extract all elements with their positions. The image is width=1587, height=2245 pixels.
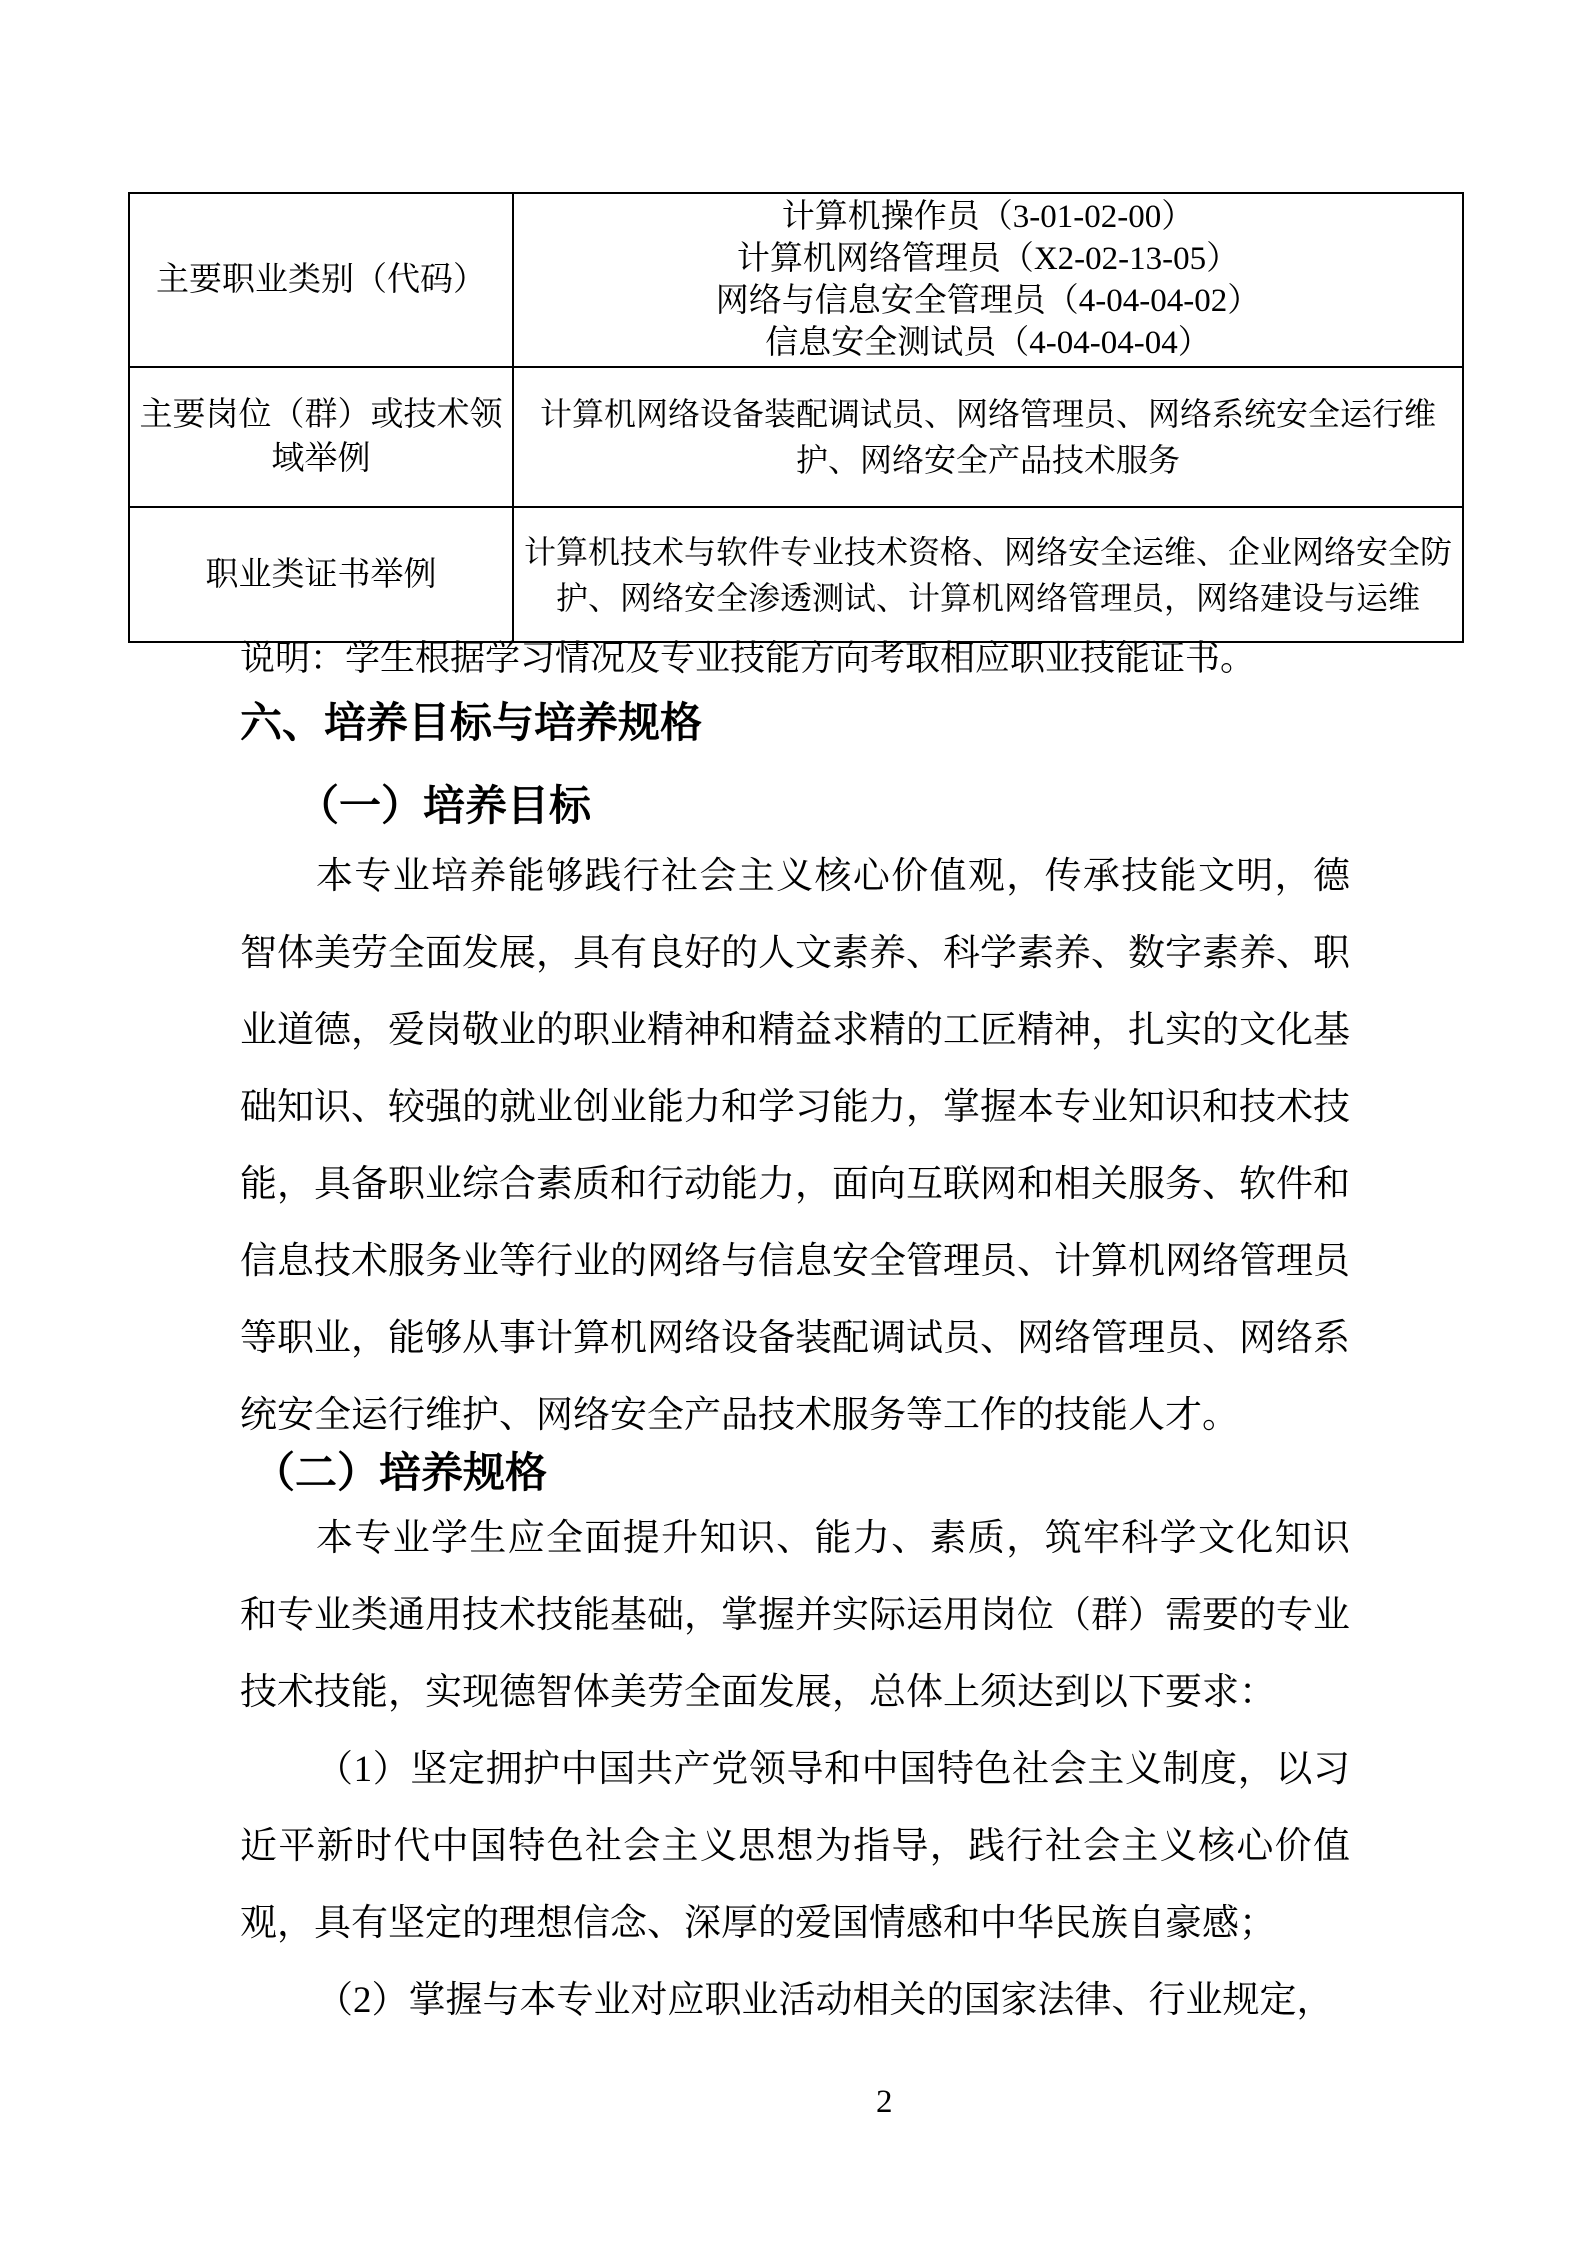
occupation-table: 主要职业类别（代码） 计算机操作员（3-01-02-00） 计算机网络管理员（X… — [128, 192, 1464, 643]
table-note: 说明：学生根据学习情况及专业技能方向考取相应职业技能证书。 — [240, 630, 1360, 688]
row-label-main-posts: 主要岗位（群）或技术领域举例 — [129, 367, 513, 507]
table-row: 主要岗位（群）或技术领域举例 计算机网络设备装配调试员、网络管理员、网络系统安全… — [129, 367, 1463, 507]
requirement-item-1: （1）坚定拥护中国共产党领导和中国特色社会主义制度，以习近平新时代中国特色社会主… — [240, 1731, 1350, 1962]
row-content-occupation-categories: 计算机操作员（3-01-02-00） 计算机网络管理员（X2-02-13-05）… — [513, 193, 1463, 367]
occupation-line: 计算机操作员（3-01-02-00） — [522, 196, 1454, 238]
subsection-heading-training-specifications: （二）培养规格 — [253, 1442, 547, 1504]
paragraph-training-specifications: 本专业学生应全面提升知识、能力、素质，筑牢科学文化知识和专业类通用技术技能基础，… — [240, 1500, 1350, 1731]
section-heading: 六、培养目标与培养规格 — [240, 692, 702, 754]
occupation-line: 网络与信息安全管理员（4-04-04-02） — [522, 280, 1454, 322]
row-label-certificates: 职业类证书举例 — [129, 507, 513, 642]
table-row: 主要职业类别（代码） 计算机操作员（3-01-02-00） 计算机网络管理员（X… — [129, 193, 1463, 367]
document-page: 主要职业类别（代码） 计算机操作员（3-01-02-00） 计算机网络管理员（X… — [0, 0, 1587, 2245]
paragraph-training-objectives: 本专业培养能够践行社会主义核心价值观，传承技能文明，德智体美劳全面发展，具有良好… — [240, 838, 1350, 1454]
row-content-certificates: 计算机技术与软件专业技术资格、网络安全运维、企业网络安全防护、网络安全渗透测试、… — [513, 507, 1463, 642]
table-row: 职业类证书举例 计算机技术与软件专业技术资格、网络安全运维、企业网络安全防护、网… — [129, 507, 1463, 642]
requirement-item-2: （2）掌握与本专业对应职业活动相关的国家法律、行业规定， — [240, 1962, 1350, 2039]
subsection-heading-training-objectives: （一）培养目标 — [297, 775, 591, 837]
row-label-occupation-categories: 主要职业类别（代码） — [129, 193, 513, 367]
page-number: 2 — [876, 2082, 893, 2122]
occupation-line: 计算机网络管理员（X2-02-13-05） — [522, 238, 1454, 280]
occupation-line: 信息安全测试员（4-04-04-04） — [522, 322, 1454, 364]
row-content-main-posts: 计算机网络设备装配调试员、网络管理员、网络系统安全运行维护、网络安全产品技术服务 — [513, 367, 1463, 507]
